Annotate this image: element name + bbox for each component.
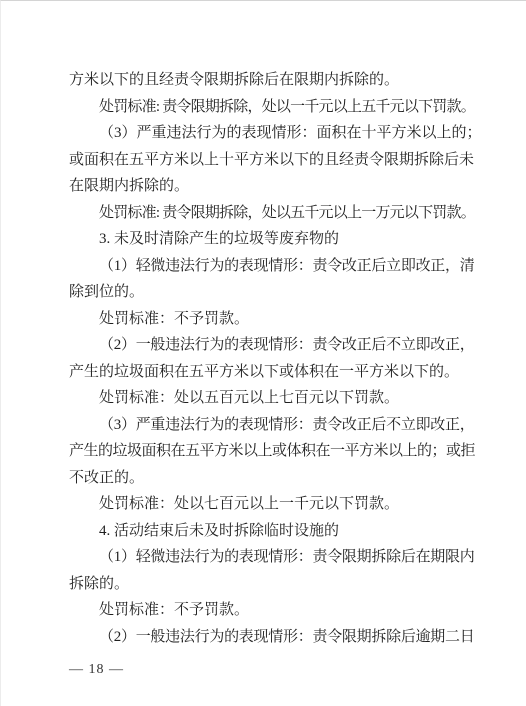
- body-text: 方米以下的且经责令限期拆除后在限期内拆除的。处罚标准: 责令限期拆除，处以一千元…: [69, 67, 475, 650]
- text-line: （2）一般违法行为的表现情形：责令限期拆除后逾期二日: [69, 624, 475, 651]
- text-line: 产生的垃圾面积在五平方米以下或体积在一平方米以下的。: [69, 359, 475, 386]
- text-line: 处罚标准：不予罚款。: [69, 597, 475, 624]
- text-line: 在限期内拆除的。: [69, 173, 475, 200]
- text-line: 产生的垃圾面积在五平方米以上或体积在一平方米以上的；或拒: [69, 438, 475, 465]
- text-line: 除到位的。: [69, 279, 475, 306]
- text-line: 处罚标准：处以七百元以上一千元以下罚款。: [69, 491, 475, 518]
- text-line: （3）严重违法行为的表现情形：责令改正后不立即改正，: [69, 412, 475, 439]
- text-line: 3. 未及时清除产生的垃圾等废弃物的: [69, 226, 475, 253]
- text-line: 方米以下的且经责令限期拆除后在限期内拆除的。: [69, 67, 475, 94]
- text-line: （3）严重违法行为的表现情形：面积在十平方米以上的；: [69, 120, 475, 147]
- text-line: 处罚标准: 责令限期拆除，处以五千元以上一万元以下罚款。: [69, 200, 475, 227]
- text-line: 不改正的。: [69, 465, 475, 492]
- page-number: — 18 —: [69, 661, 124, 679]
- text-line: 处罚标准：不予罚款。: [69, 306, 475, 333]
- text-line: 或面积在五平方米以上十平方米以下的且经责令限期拆除后未: [69, 147, 475, 174]
- document-page: 方米以下的且经责令限期拆除后在限期内拆除的。处罚标准: 责令限期拆除，处以一千元…: [0, 0, 526, 706]
- text-line: （1）轻微违法行为的表现情形：责令限期拆除后在期限内: [69, 544, 475, 571]
- text-line: 处罚标准: 责令限期拆除，处以一千元以上五千元以下罚款。: [69, 94, 475, 121]
- text-line: （2）一般违法行为的表现情形：责令改正后不立即改正，: [69, 332, 475, 359]
- text-line: 处罚标准：处以五百元以上七百元以下罚款。: [69, 385, 475, 412]
- text-line: （1）轻微违法行为的表现情形：责令改正后立即改正，清: [69, 253, 475, 280]
- text-line: 4. 活动结束后未及时拆除临时设施的: [69, 518, 475, 545]
- text-line: 拆除的。: [69, 571, 475, 598]
